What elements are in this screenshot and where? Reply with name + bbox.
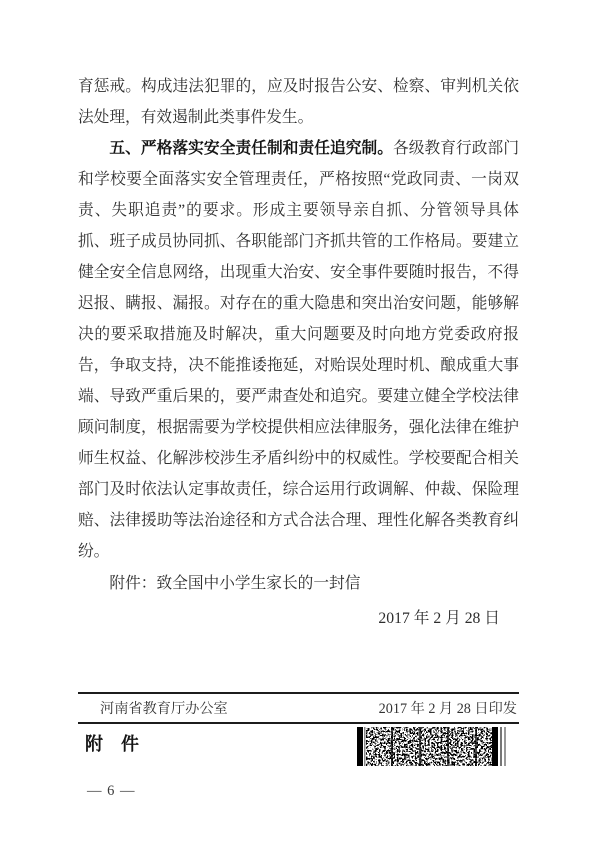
colophon-top-rule (78, 692, 519, 694)
print-date: 2017 年 2 月 28 日印发 (379, 699, 517, 719)
document-date: 2017 年 2 月 28 日 (378, 607, 500, 631)
issuing-office: 河南省教育厅办公室 (100, 699, 228, 719)
colophon-row: 河南省教育厅办公室 2017 年 2 月 28 日印发 (78, 699, 519, 719)
document-page: 育惩戒。构成违法犯罪的，应及时报告公安、检察、审判机关依法处理，有效遏制此类事件… (0, 0, 595, 842)
colophon-bottom-rule (78, 722, 519, 724)
barcode-image (357, 727, 507, 766)
attachment-section-label: 附 件 (85, 730, 139, 756)
paragraph-continuation: 育惩戒。构成违法犯罪的，应及时报告公安、检察、审判机关依法处理，有效遏制此类事件… (78, 71, 519, 133)
page-number: — 6 — (87, 783, 136, 800)
document-body: 育惩戒。构成违法犯罪的，应及时报告公安、检察、审判机关依法处理，有效遏制此类事件… (78, 71, 519, 567)
section-5-text: 各级教育行政部门和学校要全面落实安全管理责任，严格按照“党政同责、一岗双责、失职… (78, 140, 519, 560)
section-5-heading: 五、严格落实安全责任制和责任追究制。 (109, 140, 393, 157)
attachment-note: 附件：致全国中小学生家长的一封信 (78, 572, 519, 596)
paragraph-section-5: 五、严格落实安全责任制和责任追究制。各级教育行政部门和学校要全面落实安全管理责任… (78, 133, 519, 567)
